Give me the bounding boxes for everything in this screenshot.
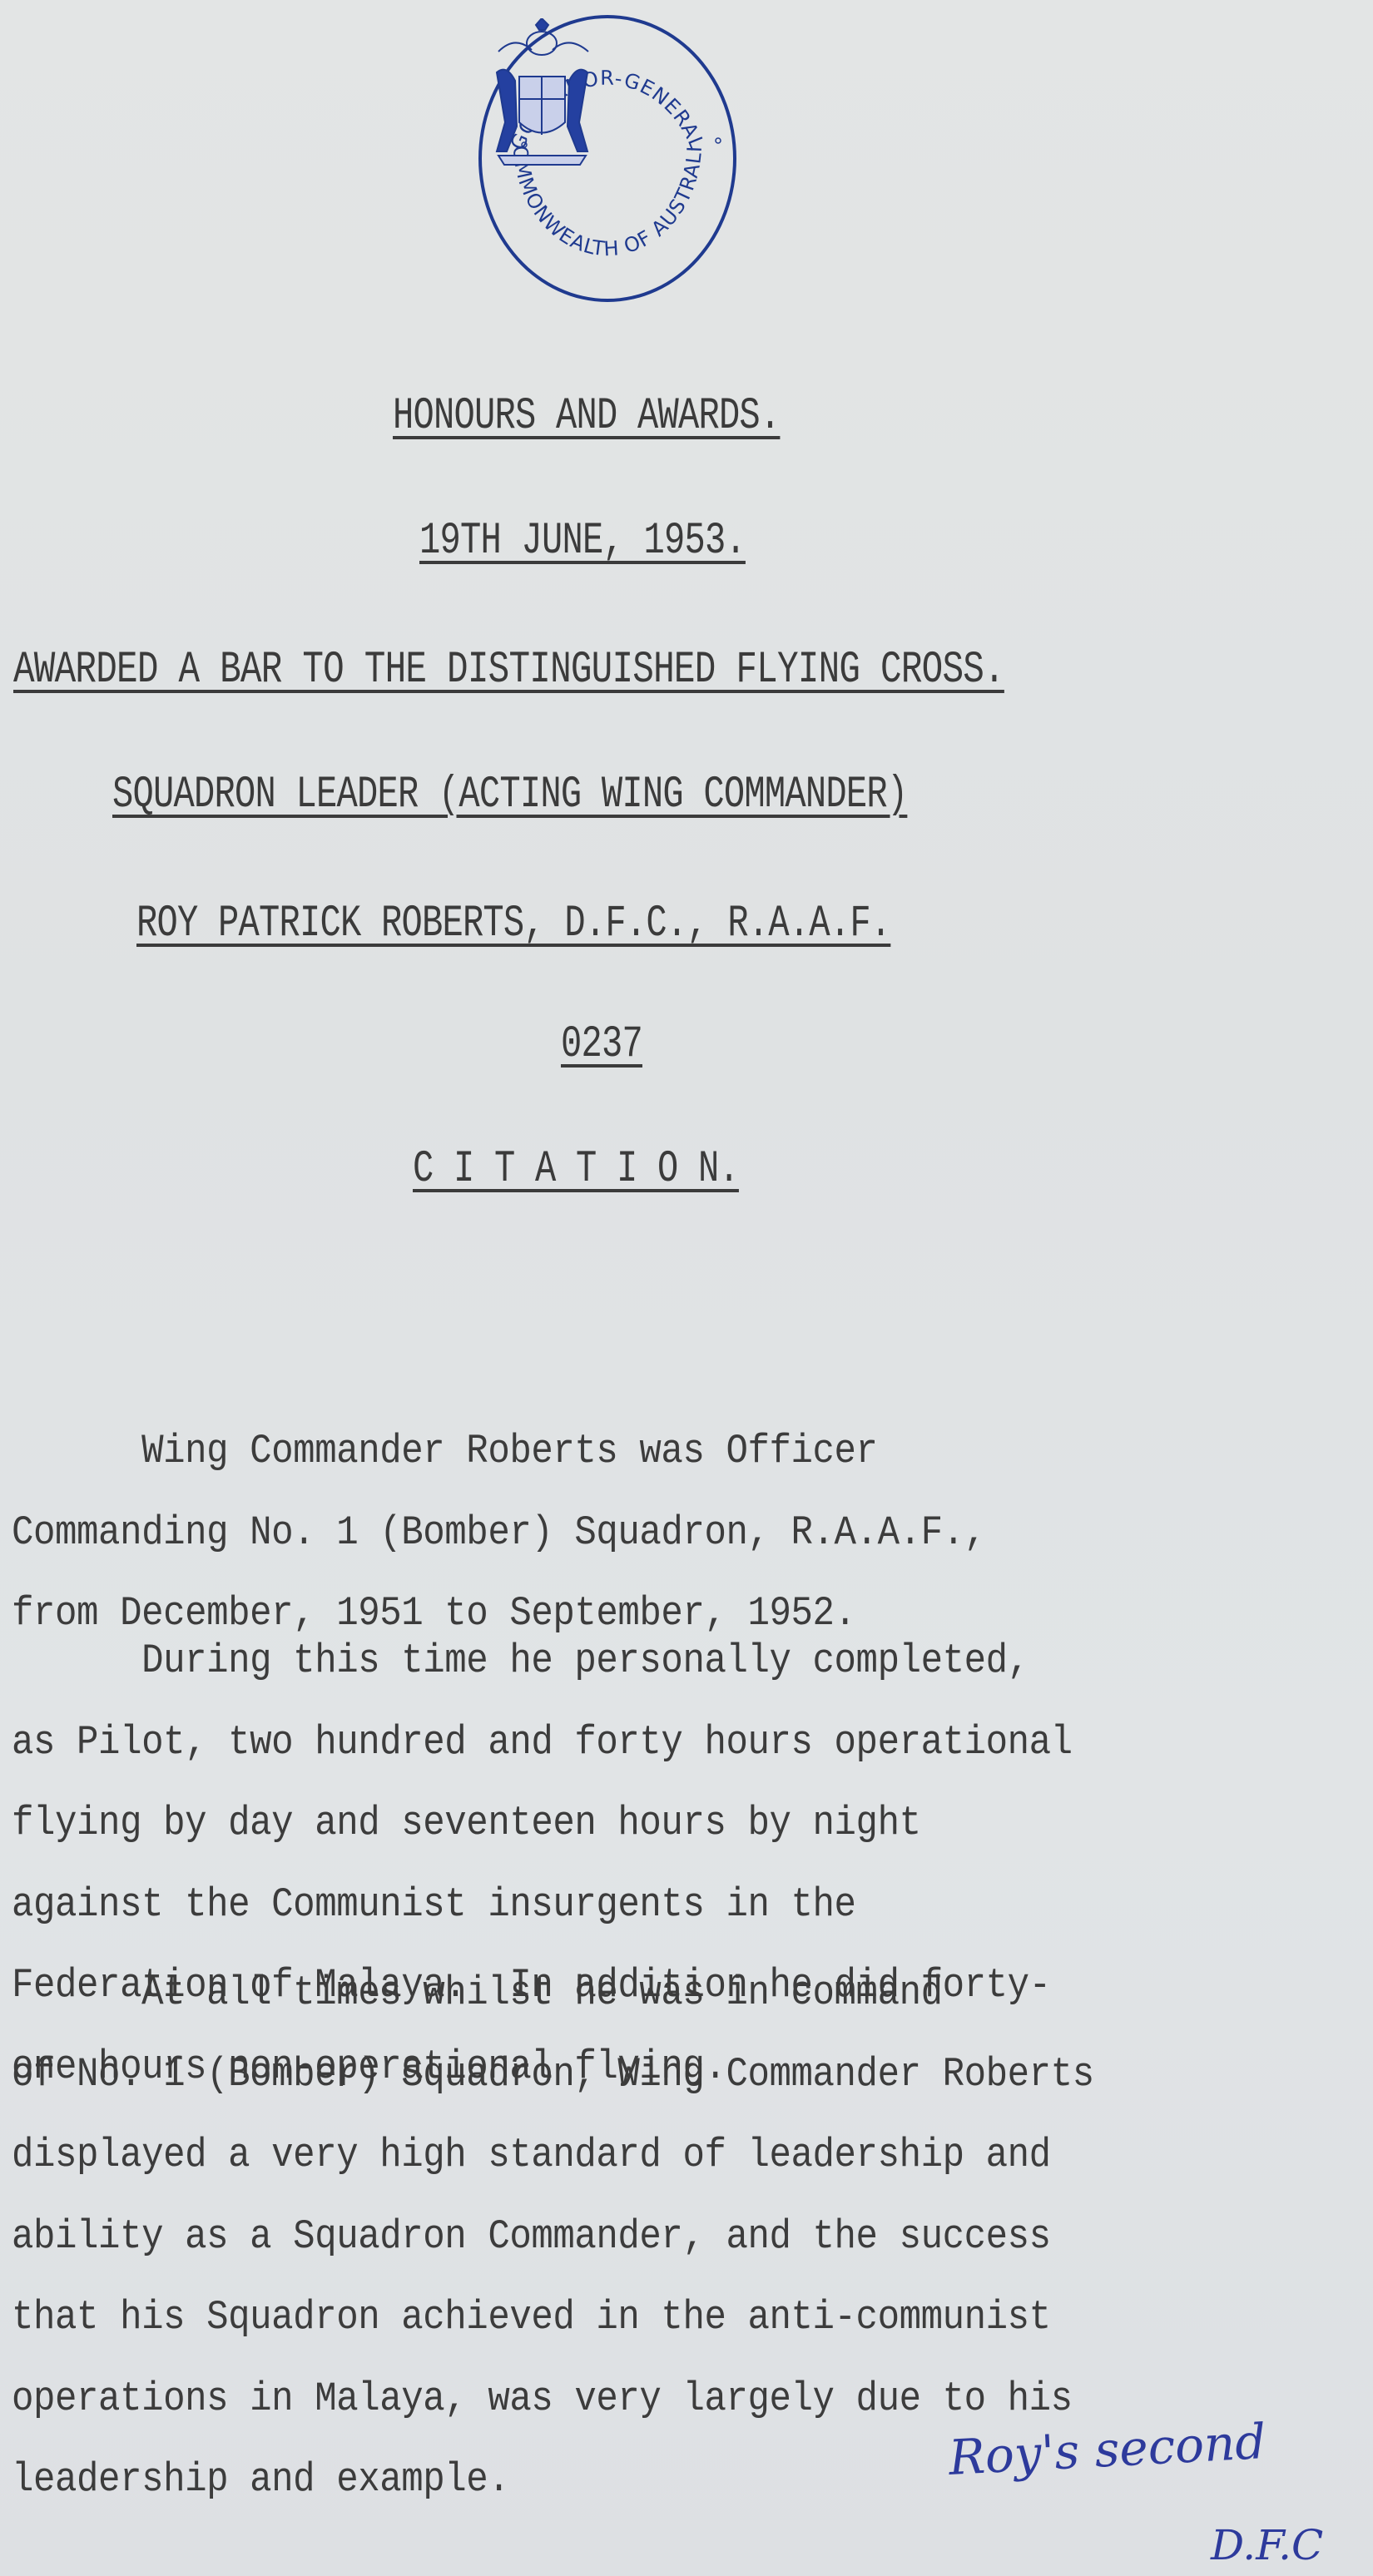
recipient-name: ROY PATRICK ROBERTS, D.F.C., R.A.A.F. bbox=[136, 899, 890, 949]
text-line: During this time he personally completed… bbox=[12, 1647, 1073, 1675]
text-line: operations in Malaya, was very largely d… bbox=[12, 2385, 1094, 2413]
text-line: as Pilot, two hundred and forty hours op… bbox=[12, 1729, 1073, 1756]
text-line: that his Squadron achieved in the anti-c… bbox=[12, 2304, 1094, 2331]
text-line: of No. 1 (Bomber) Squadron, Wing Command… bbox=[12, 2061, 1094, 2088]
text-line: ability as a Squadron Commander, and the… bbox=[12, 2223, 1094, 2251]
text-line: leadership and example. bbox=[12, 2466, 1094, 2494]
text-line: At all times whilst he was in command bbox=[12, 1979, 1094, 2007]
rank-line: SQUADRON LEADER (ACTING WING COMMANDER) bbox=[112, 770, 907, 820]
service-number: 0237 bbox=[561, 1019, 642, 1070]
text-line: Commanding No. 1 (Bomber) Squadron, R.A.… bbox=[12, 1519, 986, 1547]
award-description: AWARDED A BAR TO THE DISTINGUISHED FLYIN… bbox=[13, 645, 1004, 696]
text-line: against the Communist insurgents in the bbox=[12, 1891, 1073, 1919]
citation-paragraph-3: At all times whilst he was in command of… bbox=[12, 1925, 1094, 2520]
governor-general-seal: GOVERNOR-GENERAL COMMONWEALTH OF AUSTRAL… bbox=[478, 15, 736, 302]
coat-of-arms-icon bbox=[482, 18, 602, 176]
handwritten-note-dfc: D.F.C bbox=[1211, 2521, 1323, 2569]
document-title: HONOURS AND AWARDS. bbox=[393, 391, 780, 442]
text-line: flying by day and seventeen hours by nig… bbox=[12, 1810, 1073, 1837]
award-date: 19TH JUNE, 1953. bbox=[419, 516, 746, 567]
text-line: displayed a very high standard of leader… bbox=[12, 2142, 1094, 2169]
text-line: Wing Commander Roberts was Officer bbox=[12, 1438, 986, 1465]
citation-heading: C I T A T I O N. bbox=[413, 1144, 739, 1195]
